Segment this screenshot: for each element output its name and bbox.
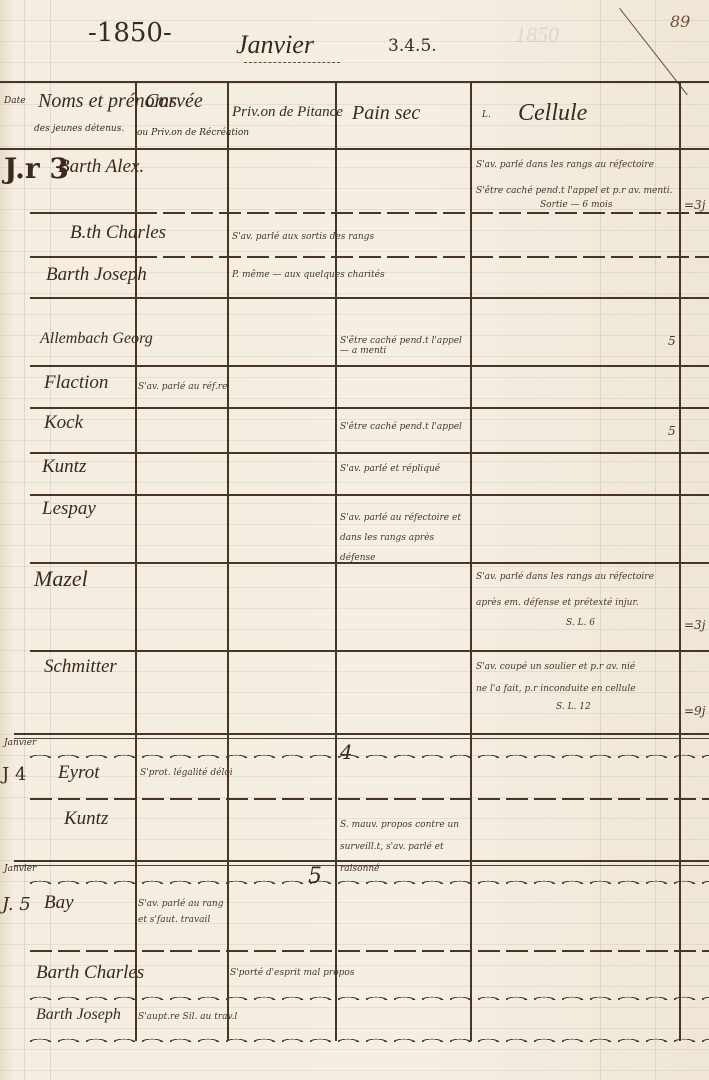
margin-note: =3j bbox=[684, 618, 705, 632]
row-rule bbox=[30, 452, 709, 454]
cellule-note: après em. défense et prétexté injur. bbox=[476, 598, 639, 608]
row-rule bbox=[30, 256, 135, 258]
row-rule bbox=[135, 212, 709, 214]
col-divider bbox=[470, 81, 472, 1041]
cellule-note: S. L. 12 bbox=[556, 702, 591, 712]
col-divider bbox=[335, 81, 337, 1041]
corvee-note: S'av. parlé au rang et s'faut. travail bbox=[138, 896, 226, 928]
date-j4: J 4 bbox=[2, 764, 26, 785]
pitance-note: S'porté d'esprit mal propos bbox=[230, 968, 354, 978]
name-barth-charles: B.th Charles bbox=[70, 222, 166, 244]
header-days: 3.4.5. bbox=[388, 36, 437, 56]
pain-sec-note: S'être caché pend.t l'appel — a menti bbox=[340, 336, 468, 356]
month-underline bbox=[244, 62, 340, 63]
name-barth-alex: Barth Alex. bbox=[58, 156, 144, 178]
ledger-page: 1850 -1850- Janvier 3.4.5. 89 Date Noms … bbox=[0, 0, 709, 1080]
col-header-corvee: Corvée bbox=[145, 90, 203, 113]
cellule-note: ne l'a fait, p.r inconduite en cellule bbox=[476, 684, 636, 694]
section-number: 5 bbox=[308, 864, 322, 889]
name-bay: Bay bbox=[44, 892, 74, 914]
row-rule bbox=[30, 365, 709, 367]
page-number: 89 bbox=[670, 12, 690, 31]
corvee-note: S'aupt.re Sil. au trav.l bbox=[138, 1012, 237, 1022]
date-j5: J. 5 bbox=[2, 894, 31, 915]
col-subheader-names: des jeunes détenus. bbox=[34, 124, 124, 134]
month-note: Janvier bbox=[4, 738, 36, 748]
col-divider bbox=[679, 81, 681, 1041]
pain-sec-note: S'av. parlé et répliqué bbox=[340, 464, 440, 474]
table-top-rule bbox=[0, 81, 709, 83]
cellule-note: S. L. 6 bbox=[566, 618, 595, 628]
name-schmitter: Schmitter bbox=[44, 656, 117, 678]
pain-sec-note: S'av. parlé au réfectoire et dans les ra… bbox=[340, 508, 468, 568]
pain-sec-note: S. mauv. propos contre un surveill.t, s'… bbox=[340, 814, 468, 880]
section-rule bbox=[14, 865, 709, 866]
col-header-pain-sec: Pain sec bbox=[352, 102, 420, 125]
name-eyrot: Eyrot bbox=[58, 762, 100, 784]
name-kock: Kock bbox=[44, 412, 83, 434]
cellule-note: S'av. coupé un soulier et p.r av. nié bbox=[476, 662, 635, 672]
pitance-note: P. même — aux quelques charités bbox=[232, 270, 385, 280]
margin-note: 5 bbox=[668, 334, 676, 348]
col-header-cellule-prefix: L. bbox=[482, 110, 491, 120]
wave-rule bbox=[30, 1036, 709, 1042]
row-rule bbox=[30, 650, 709, 652]
cellule-note: S'être caché pend.t l'appel et p.r av. m… bbox=[476, 186, 673, 196]
bleed-through-year: 1850 bbox=[515, 22, 559, 48]
header-bottom-rule bbox=[0, 148, 709, 150]
margin-note: =9j bbox=[684, 704, 705, 718]
wave-rule bbox=[30, 994, 709, 1000]
col-header-pitance: Priv.on de Pitance bbox=[232, 104, 343, 121]
header-month: Janvier bbox=[236, 30, 314, 60]
name-kuntz: Kuntz bbox=[42, 456, 86, 478]
cellule-note: S'av. parlé dans les rangs au réfectoire bbox=[476, 160, 654, 170]
row-rule bbox=[30, 798, 709, 800]
name-barth-charles-2: Barth Charles bbox=[36, 962, 144, 984]
corvee-note: S'av. parlé au réf.re bbox=[138, 382, 227, 392]
pain-sec-note: S'être caché pend.t l'appel bbox=[340, 422, 462, 432]
margin-note: =3j bbox=[684, 198, 705, 212]
margin-note: 5 bbox=[668, 424, 676, 438]
name-flaction: Flaction bbox=[44, 372, 108, 394]
pitance-note: S'av. parlé aux sortis des rangs bbox=[232, 232, 374, 242]
month-note: Janvier bbox=[4, 864, 36, 874]
cellule-note: Sortie — 6 mois bbox=[540, 200, 612, 210]
section-rule bbox=[14, 738, 709, 739]
header-year: -1850- bbox=[88, 18, 172, 48]
name-lespay: Lespay bbox=[42, 498, 96, 520]
row-rule bbox=[30, 297, 709, 299]
col-header-cellule: Cellule bbox=[518, 100, 587, 127]
section-rule bbox=[14, 860, 709, 862]
wave-rule bbox=[30, 878, 709, 884]
row-rule bbox=[30, 212, 135, 214]
col-subheader-corvee: ou Priv.on de Récréation bbox=[137, 128, 249, 138]
name-allembach: Allembach Georg bbox=[40, 330, 153, 348]
corvee-note: S'prot. légalité déloi bbox=[140, 768, 233, 778]
name-mazel: Mazel bbox=[34, 566, 88, 592]
row-rule bbox=[30, 950, 709, 952]
section-rule bbox=[14, 733, 709, 735]
section-number: 4 bbox=[340, 740, 353, 764]
name-barth-joseph-2: Barth Joseph bbox=[36, 1006, 121, 1024]
row-rule bbox=[30, 494, 709, 496]
cellule-note: S'av. parlé dans les rangs au réfectoire bbox=[476, 572, 654, 582]
row-rule bbox=[135, 256, 709, 258]
row-rule bbox=[30, 562, 709, 564]
wave-rule bbox=[30, 752, 709, 758]
name-barth-joseph: Barth Joseph bbox=[46, 264, 147, 286]
name-kuntz-2: Kuntz bbox=[64, 808, 108, 830]
col-header-date: Date bbox=[4, 96, 26, 106]
col-divider bbox=[227, 81, 229, 1041]
row-rule bbox=[30, 407, 709, 409]
